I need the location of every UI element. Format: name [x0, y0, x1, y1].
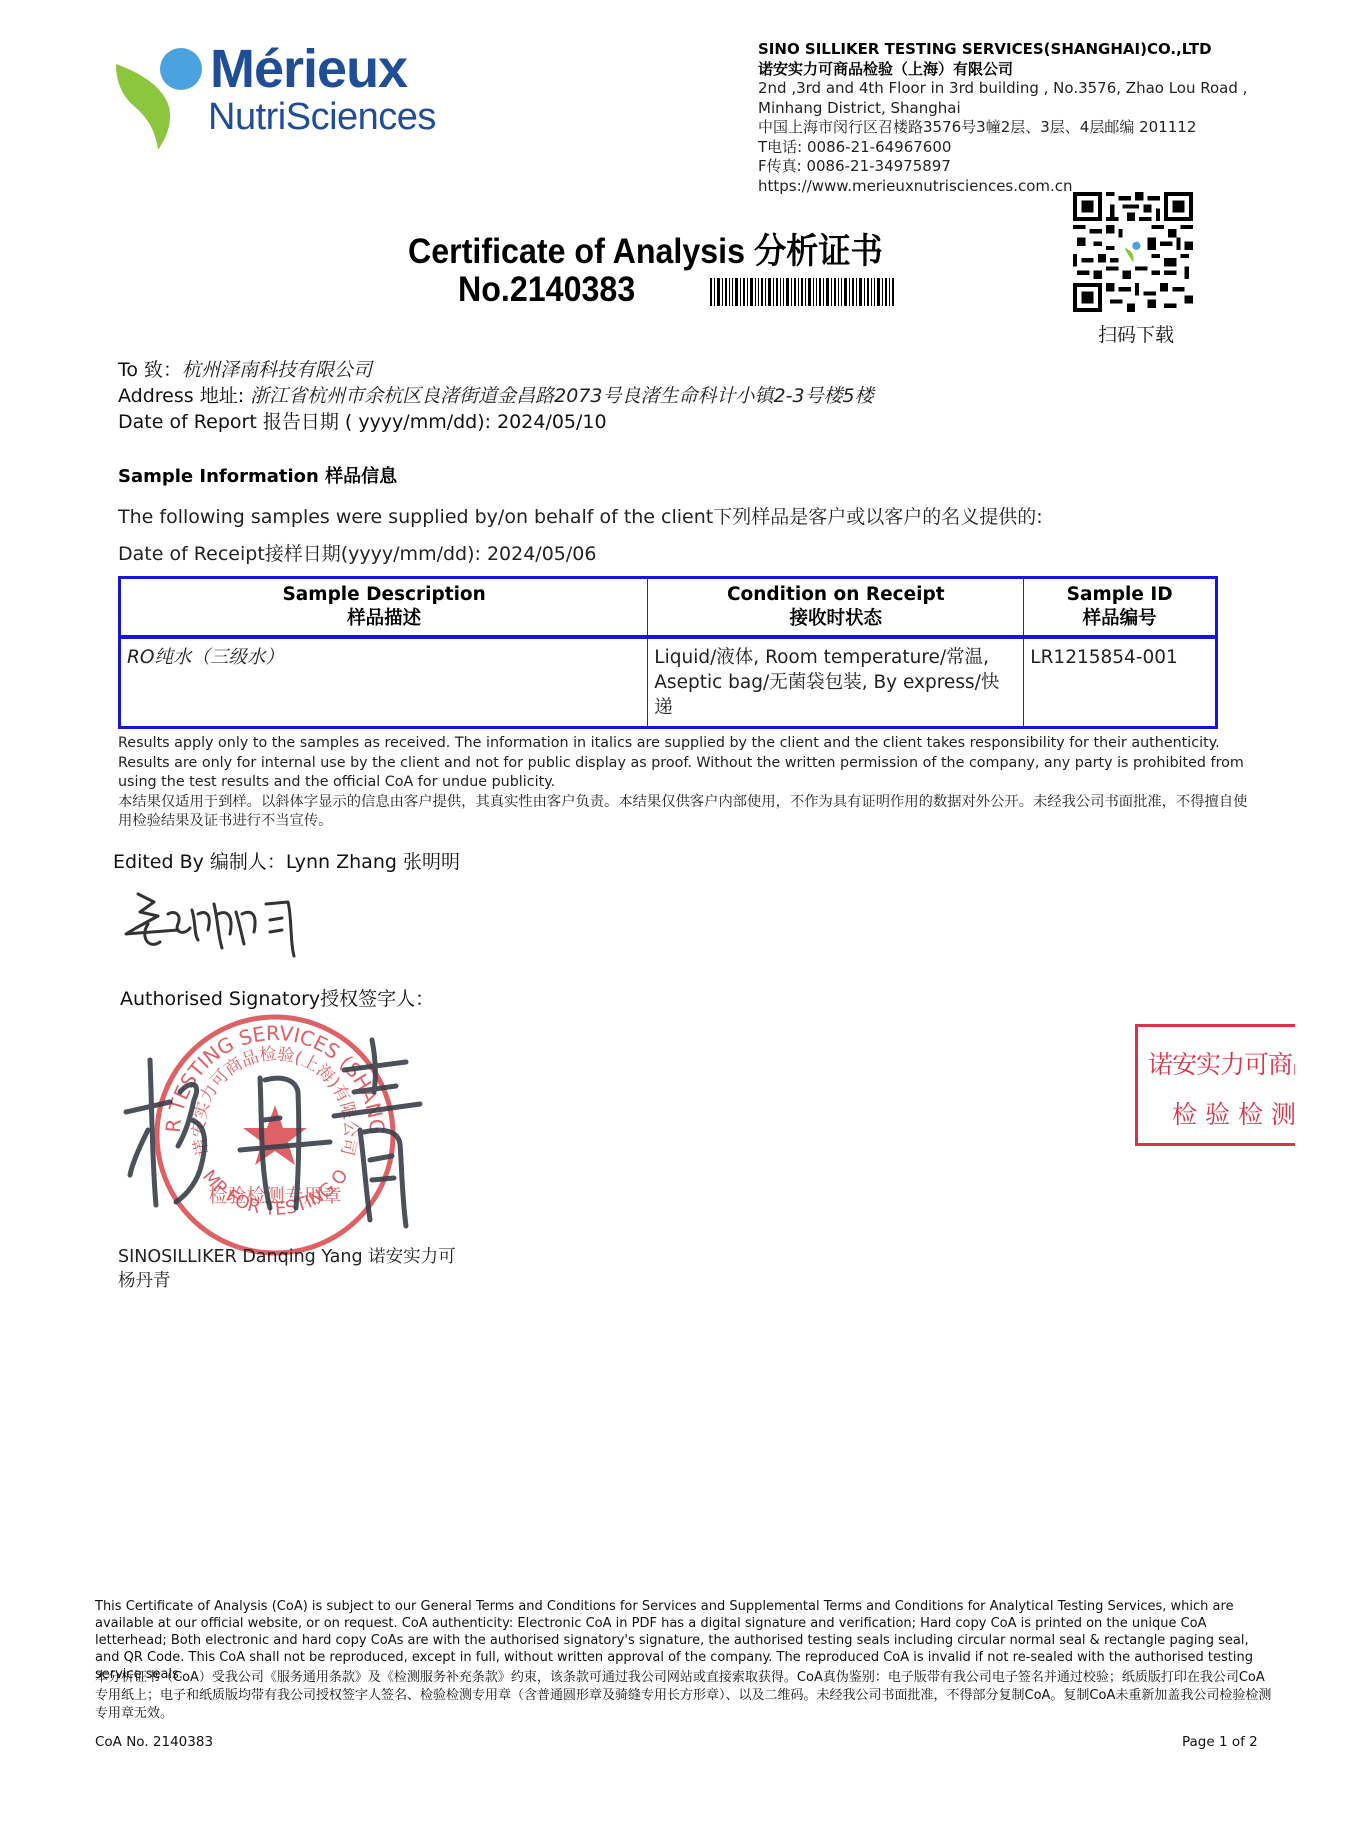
- supplied-statement: The following samples were supplied by/o…: [118, 502, 1043, 529]
- header-condition-on-receipt: Condition on Receipt 接收时状态: [648, 578, 1024, 637]
- company-fax: F传真: 0086-21-34975897: [758, 157, 1278, 177]
- paging-seal-stamp: 诺安实力可商品检 检验检测: [1135, 1024, 1295, 1146]
- barcode-icon: [710, 278, 894, 306]
- header-sample-id: Sample ID 样品编号: [1024, 578, 1217, 637]
- company-tel: T电话: 0086-21-64967600: [758, 138, 1278, 158]
- recipient-to: To 致：杭州泽南科技有限公司: [118, 357, 874, 383]
- to-value: 杭州泽南科技有限公司: [182, 359, 372, 381]
- edited-by-label: Edited By 编制人：: [113, 851, 286, 873]
- disclaimer: Results apply only to the samples as rec…: [118, 734, 1248, 832]
- company-info: SINO SILLIKER TESTING SERVICES(SHANGHAI)…: [758, 40, 1278, 196]
- receipt-date: Date of Receipt接样日期(yyyy/mm/dd): 2024/05…: [118, 539, 596, 566]
- document-title: Certificate of Analysis 分析证书: [408, 224, 883, 274]
- paging-stamp-line1: 诺安实力可商品检: [1148, 1045, 1295, 1081]
- cell-condition: Liquid/液体, Room temperature/常温, Aseptic …: [648, 637, 1024, 728]
- qr-code-icon[interactable]: [1073, 192, 1193, 312]
- company-name-en: SINO SILLIKER TESTING SERVICES(SHANGHAI)…: [758, 40, 1278, 60]
- report-date-label: Date of Report 报告日期 ( yyyy/mm/dd):: [118, 411, 497, 433]
- certificate-number: No.2140383: [458, 270, 635, 310]
- table-header-row: Sample Description 样品描述 Condition on Rec…: [120, 578, 1217, 637]
- report-date: Date of Report 报告日期 ( yyyy/mm/dd): 2024/…: [118, 409, 874, 435]
- logo-dot-icon: [160, 48, 202, 90]
- signatory-name-line1: SINOSILLIKER Danqing Yang 诺安实力可: [118, 1245, 456, 1269]
- company-website[interactable]: https://www.merieuxnutrisciences.com.cn: [758, 177, 1278, 197]
- disclaimer-en: Results apply only to the samples as rec…: [118, 734, 1248, 793]
- header-sample-description: Sample Description 样品描述: [120, 578, 648, 637]
- logo-word-merieux: Mérieux: [210, 38, 407, 100]
- table-row: RO纯水（三级水） Liquid/液体, Room temperature/常温…: [120, 637, 1217, 728]
- logo-word-nutrisciences: NutriSciences: [208, 96, 436, 139]
- signatory-name: SINOSILLIKER Danqing Yang 诺安实力可 杨丹青: [118, 1245, 456, 1293]
- disclaimer-cn: 本结果仅适用于到样。以斜体字显示的信息由客户提供，其真实性由客户负责。本结果仅供…: [118, 793, 1248, 832]
- address-value: 浙江省杭州市余杭区良渚街道金昌路2073号良渚生命科计小镇2-3号楼5楼: [250, 385, 873, 407]
- footer-terms-cn: 本分析证书（CoA）受我公司《服务通用条款》及《检测服务补充条款》约束，该条款可…: [95, 1669, 1275, 1723]
- footer-page-number: Page 1 of 2: [1182, 1734, 1258, 1750]
- report-date-value: 2024/05/10: [497, 411, 607, 433]
- cell-description: RO纯水（三级水）: [120, 637, 648, 728]
- footer-coa-number: CoA No. 2140383: [95, 1734, 213, 1750]
- company-address-cn: 中国上海市闵行区召楼路3576号3幢2层、3层、4层邮编 201112: [758, 118, 1278, 138]
- qr-caption: 扫码下载: [1098, 320, 1174, 347]
- company-address-en-1: 2nd ,3rd and 4th Floor in 3rd building ,…: [758, 79, 1278, 99]
- edited-by-name: Lynn Zhang 张明明: [286, 851, 460, 873]
- cell-sample-id: LR1215854-001: [1024, 637, 1217, 728]
- signatory-name-line2: 杨丹青: [118, 1269, 456, 1293]
- to-label: To 致：: [118, 359, 182, 381]
- company-address-en-2: Minhang District, Shanghai: [758, 99, 1278, 119]
- address-label: Address 地址:: [118, 385, 250, 407]
- sample-info-heading: Sample Information 样品信息: [118, 462, 397, 488]
- signatory-signature-icon: [120, 1020, 430, 1250]
- sample-table: Sample Description 样品描述 Condition on Rec…: [118, 576, 1218, 729]
- recipient-address: Address 地址: 浙江省杭州市余杭区良渚街道金昌路2073号良渚生命科计小…: [118, 383, 874, 409]
- company-name-cn: 诺安实力可商品检验（上海）有限公司: [758, 60, 1278, 80]
- editor-signature-icon: [118, 884, 318, 964]
- recipient-block: To 致：杭州泽南科技有限公司 Address 地址: 浙江省杭州市余杭区良渚街…: [118, 357, 874, 435]
- authorised-signatory-label: Authorised Signatory授权签字人：: [120, 984, 434, 1011]
- edited-by: Edited By 编制人：Lynn Zhang 张明明: [113, 847, 460, 874]
- merieux-logo: Mérieux NutriSciences: [114, 40, 434, 148]
- paging-stamp-line2: 检验检测: [1172, 1095, 1295, 1131]
